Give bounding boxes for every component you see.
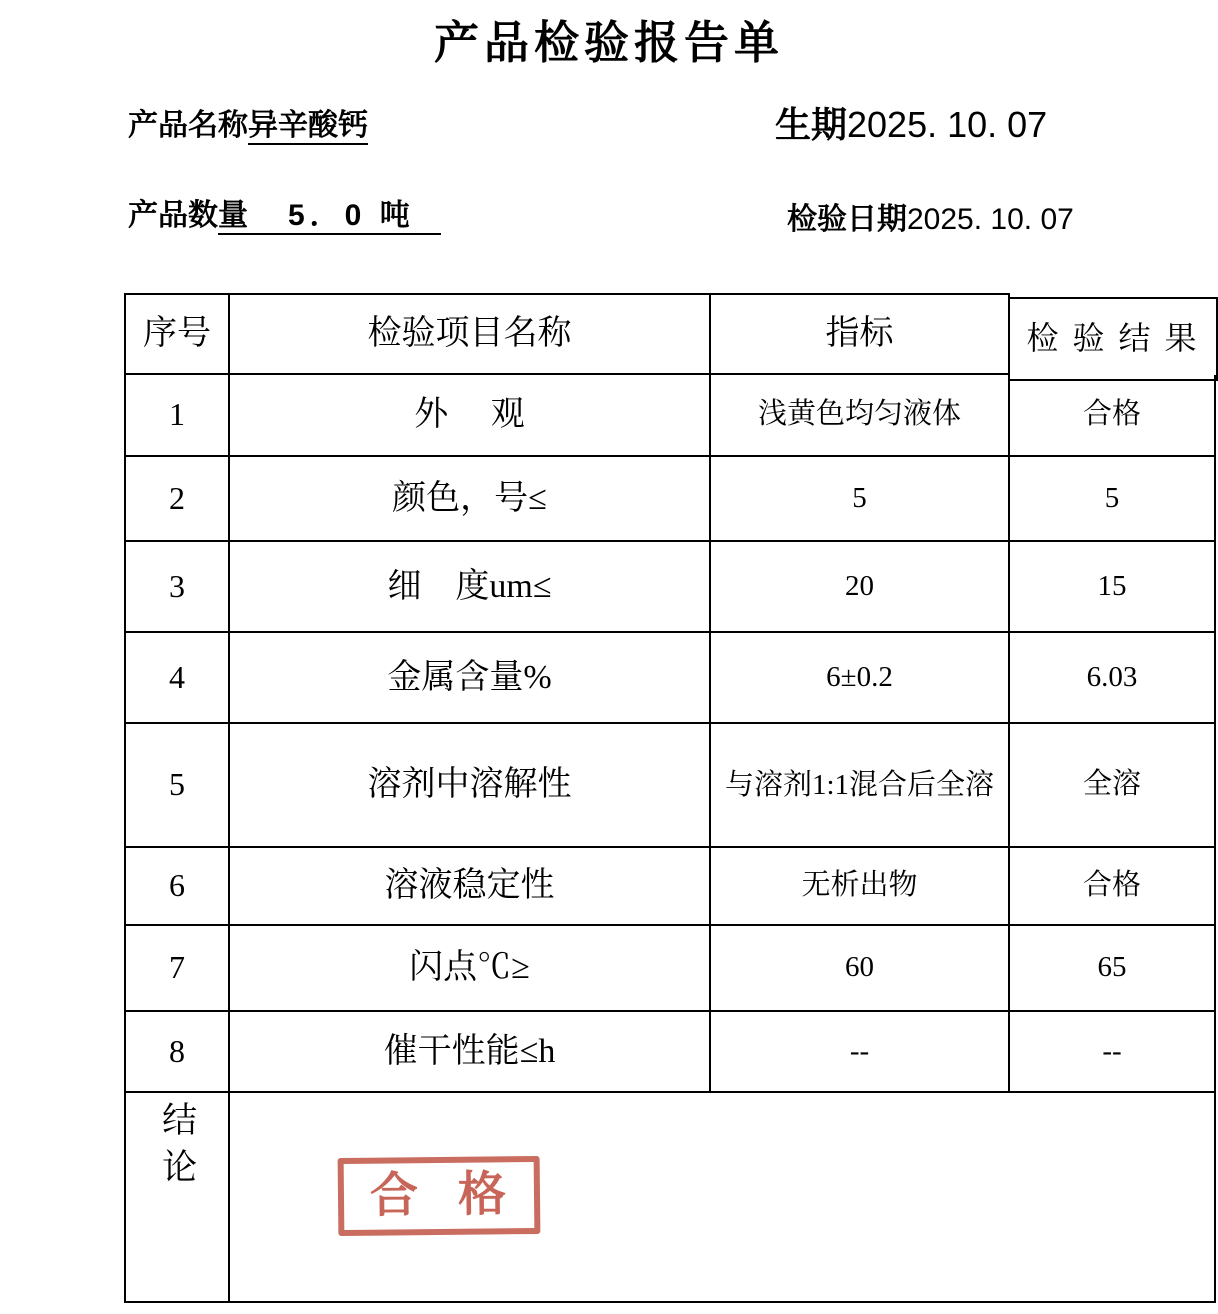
row2-item-cell: 颜色，号≤: [230, 457, 711, 542]
row5-no-cell: 5: [126, 724, 230, 848]
production-date-label: 生期: [775, 104, 847, 145]
row6-no-cell: 6: [126, 848, 230, 926]
row7-indicator-cell: 60: [711, 926, 1010, 1012]
row3-indicator-cell: 20: [711, 542, 1010, 633]
row5-indicator-cell: 与溶剂1:1混合后全溶: [711, 724, 1010, 848]
row2-no-cell: 2: [126, 457, 230, 542]
quantity-label: 产品数: [128, 199, 218, 232]
row4-indicator-cell: 6±0.2: [711, 633, 1010, 724]
header-result-cell: 检 验 结 果: [1010, 293, 1216, 375]
quantity-value: 量 5．0 吨: [218, 199, 441, 235]
qualified-stamp: 合 格: [338, 1156, 541, 1236]
row2-result-cell: 5: [1010, 457, 1216, 542]
row8-result-cell: --: [1010, 1012, 1216, 1093]
row8-item-cell: 催干性能≤h: [230, 1012, 711, 1093]
row1-indicator-cell: 浅黄色均匀液体: [711, 375, 1010, 457]
inspection-date-label: 检验日期: [787, 203, 907, 236]
product-name-line: 产品名称异辛酸钙: [128, 100, 368, 144]
row8-no-cell: 8: [126, 1012, 230, 1093]
row3-item-cell: 细 度um≤: [230, 542, 711, 633]
row6-result-cell: 合格: [1010, 848, 1216, 926]
header-indicator-cell: 指标: [711, 293, 1010, 375]
header-no-cell: 序号: [126, 293, 230, 375]
row1-item-cell: 外 观: [230, 375, 711, 457]
row5-item-cell: 溶剂中溶解性: [230, 724, 711, 848]
inspection-date-line: 检验日期2025. 10. 07: [787, 194, 1074, 238]
page-title: 产品检验报告单: [0, 6, 1218, 71]
row7-item-cell: 闪点℃≥: [230, 926, 711, 1012]
conclusion-body-cell: 合 格: [230, 1093, 1216, 1303]
production-date-line: 生期2025. 10. 07: [775, 97, 1047, 148]
row4-item-cell: 金属含量%: [230, 633, 711, 724]
row8-indicator-cell: --: [711, 1012, 1010, 1093]
row3-no-cell: 3: [126, 542, 230, 633]
header-item-cell: 检验项目名称: [230, 293, 711, 375]
row5-result-cell: 全溶: [1010, 724, 1216, 848]
row4-result-cell: 6.03: [1010, 633, 1216, 724]
inspection-table: 序号 检验项目名称 指标 检 验 结 果 1 外 观 浅黄色均匀液体 合格 2 …: [124, 293, 1216, 1303]
row1-no-cell: 1: [126, 375, 230, 457]
row1-result-cell: 合格: [1010, 375, 1216, 457]
row3-result-cell: 15: [1010, 542, 1216, 633]
inspection-date-value: 2025. 10. 07: [907, 203, 1074, 236]
row6-indicator-cell: 无析出物: [711, 848, 1010, 926]
inspection-report-sheet: 产品检验报告单 产品名称异辛酸钙 生期2025. 10. 07 产品数量 5．0…: [0, 0, 1218, 1314]
product-name-label: 产品名称: [128, 109, 248, 142]
row4-no-cell: 4: [126, 633, 230, 724]
quantity-line: 产品数量 5．0 吨: [128, 190, 441, 234]
product-name-value: 异辛酸钙: [248, 109, 368, 145]
row7-result-cell: 65: [1010, 926, 1216, 1012]
header-result-box: 检 验 结 果: [1008, 297, 1218, 381]
row6-item-cell: 溶液稳定性: [230, 848, 711, 926]
conclusion-label-cell: 结论: [126, 1093, 230, 1303]
production-date-value: 2025. 10. 07: [847, 104, 1047, 145]
row7-no-cell: 7: [126, 926, 230, 1012]
conclusion-label: 结论: [153, 1101, 200, 1195]
row2-indicator-cell: 5: [711, 457, 1010, 542]
